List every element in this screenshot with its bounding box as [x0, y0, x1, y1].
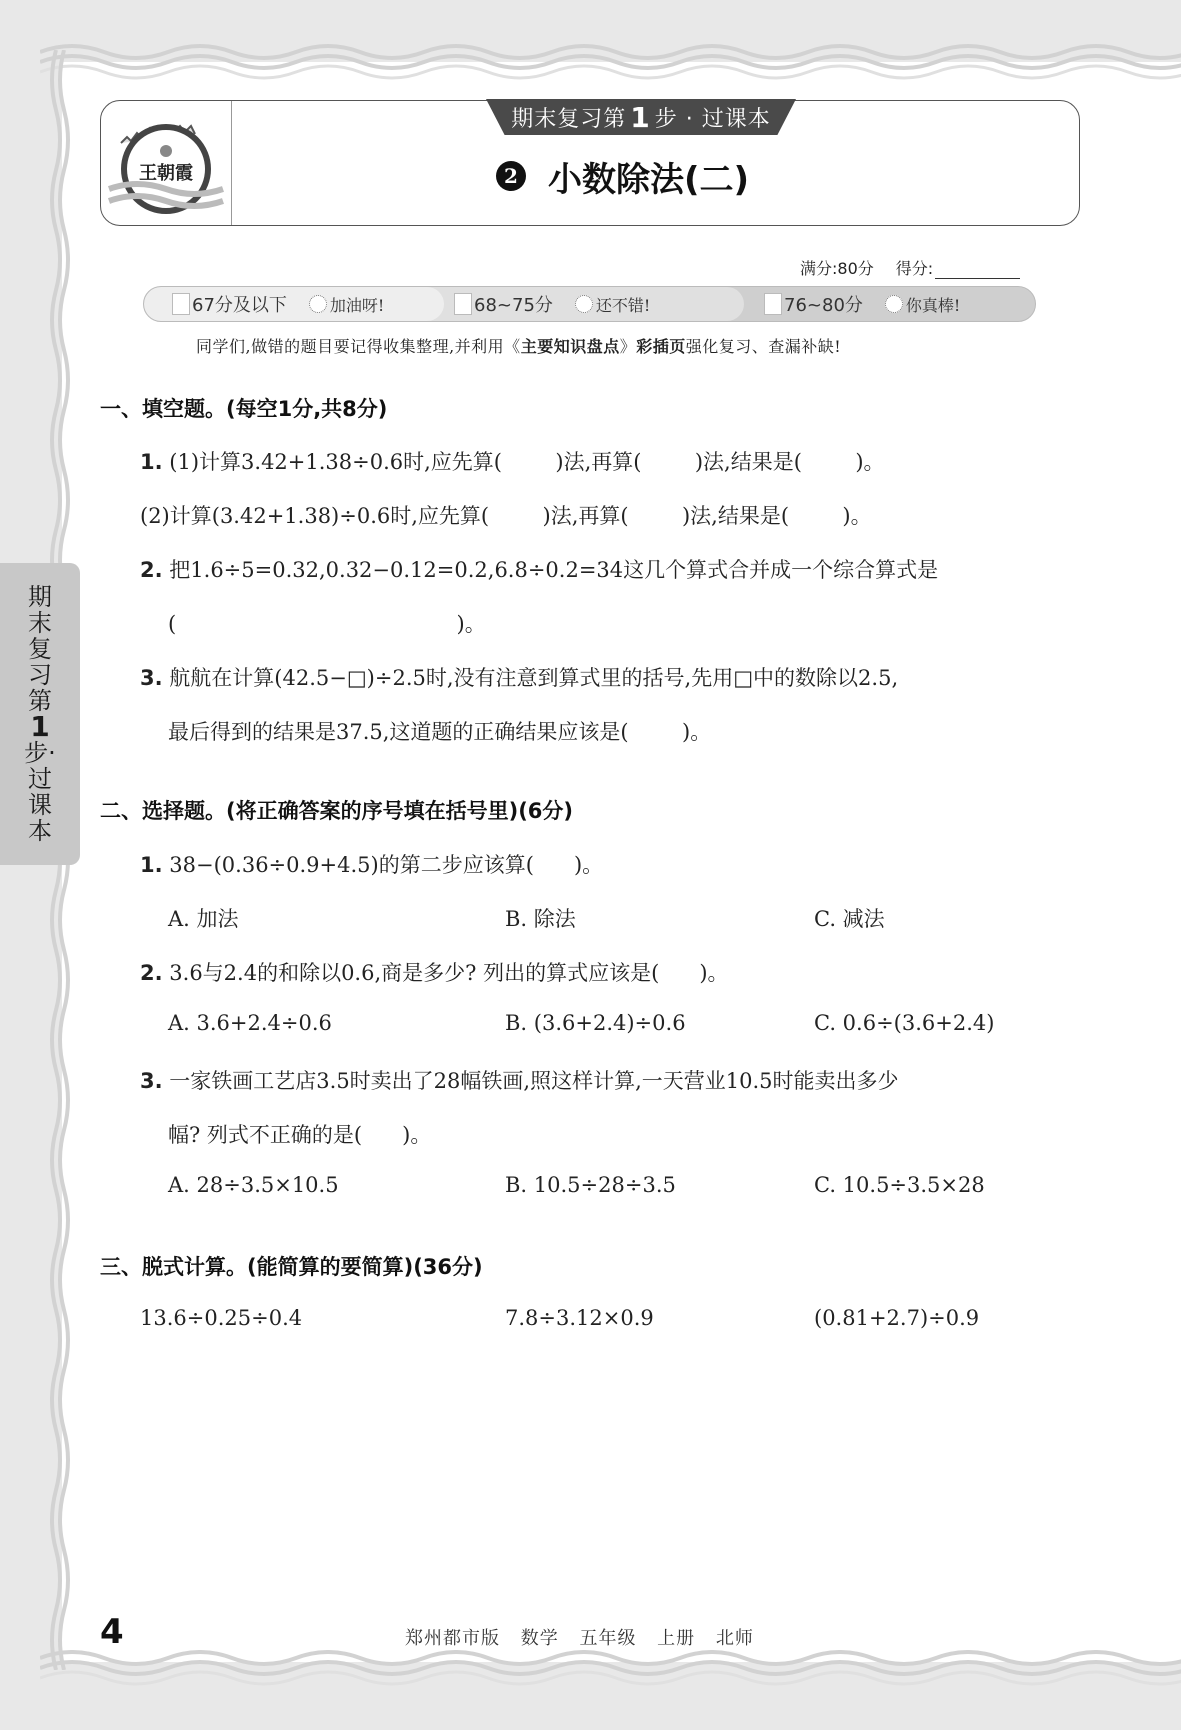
question-number: 2.	[140, 961, 163, 985]
question-number: 2.	[140, 558, 163, 582]
section-title-fill-blank: 一、填空题。(每空1分,共8分)	[100, 393, 387, 423]
question-text: 一家铁画工艺店3.5时卖出了28幅铁画,照这样计算,一天营业10.5时能卖出多少	[169, 1069, 898, 1093]
question-line: 2. 把1.6÷5=0.32,0.32−0.12=0.2,6.8÷0.2=34这…	[140, 554, 938, 584]
choice-option: C. 10.5÷3.5×28	[814, 1173, 985, 1197]
logo-emblem-icon: 王朝霞	[101, 101, 231, 225]
unit-number-badge: 2	[496, 161, 526, 191]
face-icon	[309, 295, 327, 313]
question-text: 航航在计算(42.5−□)÷2.5时,没有注意到算式里的括号,先用□中的数除以2…	[169, 666, 898, 690]
rating-range: 68~75分	[474, 291, 553, 317]
question-text: (2)计算(3.42+1.38)÷0.6时,应先算( )法,再算( )法,结果是…	[140, 504, 872, 528]
choice-option: B. (3.6+2.4)÷0.6	[505, 1011, 686, 1035]
section-title-multiple-choice: 二、选择题。(将正确答案的序号填在括号里)(6分)	[100, 795, 573, 825]
tip-highlight: 主要知识盘点	[521, 337, 620, 356]
rating-checkbox[interactable]	[172, 293, 190, 315]
full-score-label: 满分:80分	[800, 256, 874, 279]
got-score-label: 得分:	[896, 256, 933, 279]
question-text: 38−(0.36÷0.9+4.5)的第二步应该算( )。	[169, 853, 603, 877]
side-tab-char: 习	[28, 662, 52, 688]
choice-option: A. 加法	[168, 903, 239, 933]
choice-option: C. 0.6÷(3.6+2.4)	[814, 1011, 994, 1035]
question-line: 2. 3.6与2.4的和除以0.6,商是多少? 列出的算式应该是( )。	[140, 957, 729, 987]
rating-cheer: 还不错!	[596, 293, 650, 316]
svg-text:王朝霞: 王朝霞	[139, 162, 193, 184]
choice-option: B. 除法	[505, 903, 576, 933]
rating-range: 67分及以下	[192, 291, 287, 317]
rating-option-high[interactable]: 76~80分 你真棒!	[764, 287, 1034, 321]
rating-range: 76~80分	[784, 291, 863, 317]
self-rating-bar: 67分及以下 加油呀! 68~75分 还不错! 76~80分 你真棒!	[143, 286, 1036, 322]
question-text: 幅? 列式不正确的是( )。	[168, 1123, 431, 1147]
question-line: 1. (1)计算3.42+1.38÷0.6时,应先算( )法,再算( )法,结果…	[140, 446, 885, 476]
section-title-calculation: 三、脱式计算。(能简算的要简算)(36分)	[100, 1251, 483, 1281]
question-line: (2)计算(3.42+1.38)÷0.6时,应先算( )法,再算( )法,结果是…	[140, 500, 872, 530]
question-text: 最后得到的结果是37.5,这道题的正确结果应该是( )。	[168, 720, 711, 744]
side-tab-char: 过	[28, 766, 52, 792]
tip-text: 同学们,做错的题目要记得收集整理,并利用《	[196, 337, 521, 356]
rating-checkbox[interactable]	[454, 293, 472, 315]
question-line: 3. 航航在计算(42.5−□)÷2.5时,没有注意到算式里的括号,先用□中的数…	[140, 662, 898, 692]
side-tab-char: 课	[28, 792, 52, 818]
bottom-wave-border	[40, 1650, 1181, 1690]
header-box: 王朝霞 期末复习第 1 步 · 过课本 2 小数除法(二)	[100, 100, 1080, 226]
question-number: 3.	[140, 666, 163, 690]
side-tab-step-number: 1	[30, 714, 49, 740]
rating-cheer: 你真棒!	[906, 293, 960, 316]
question-line: 1. 38−(0.36÷0.9+4.5)的第二步应该算( )。	[140, 849, 603, 879]
unit-title-text: 小数除法(二)	[548, 152, 749, 201]
score-line: 满分:80分 得分:	[800, 256, 1020, 279]
rating-checkbox[interactable]	[764, 293, 782, 315]
ribbon-step-number: 1	[630, 101, 650, 134]
choice-option: A. 3.6+2.4÷0.6	[168, 1011, 332, 1035]
face-icon	[575, 295, 593, 313]
question-line: ( )。	[168, 608, 486, 638]
publisher-logo: 王朝霞	[101, 101, 232, 225]
page-number: 4	[100, 1612, 124, 1652]
rating-cheer: 加油呀!	[330, 293, 384, 316]
side-tab-char: 复	[28, 636, 52, 662]
side-tab-label: 期 末 复 习 第 1 步· 过 课 本	[0, 563, 80, 865]
top-wave-border	[40, 40, 1181, 80]
question-text: (1)计算3.42+1.38÷0.6时,应先算( )法,再算( )法,结果是( …	[169, 450, 884, 474]
question-text: 3.6与2.4的和除以0.6,商是多少? 列出的算式应该是( )。	[169, 961, 728, 985]
choice-option: C. 减法	[814, 903, 885, 933]
series-ribbon: 期末复习第 1 步 · 过课本	[486, 99, 796, 135]
calculation-expression: (0.81+2.7)÷0.9	[814, 1306, 979, 1330]
study-tip: 同学们,做错的题目要记得收集整理,并利用《主要知识盘点》彩插页强化复习、查漏补缺…	[196, 334, 841, 357]
question-line: 最后得到的结果是37.5,这道题的正确结果应该是( )。	[168, 716, 711, 746]
side-tab-char: 本	[28, 818, 52, 844]
side-tab-char: 末	[28, 610, 52, 636]
question-number: 1.	[140, 853, 163, 877]
side-tab-char: 期	[28, 584, 52, 610]
tip-text: 》	[620, 337, 637, 356]
question-text: 把1.6÷5=0.32,0.32−0.12=0.2,6.8÷0.2=34这几个算…	[169, 558, 938, 582]
rating-option-mid[interactable]: 68~75分 还不错!	[404, 287, 744, 321]
unit-title: 2 小数除法(二)	[496, 151, 749, 201]
calculation-expression: 13.6÷0.25÷0.4	[140, 1306, 302, 1330]
choice-option: B. 10.5÷28÷3.5	[505, 1173, 676, 1197]
tip-highlight: 彩插页	[636, 337, 686, 356]
tip-text: 强化复习、查漏补缺!	[686, 337, 841, 356]
ribbon-prefix: 期末复习第	[511, 102, 626, 133]
side-tab-char: 步·	[24, 740, 56, 766]
calculation-expression: 7.8÷3.12×0.9	[505, 1306, 654, 1330]
choice-option: A. 28÷3.5×10.5	[168, 1173, 339, 1197]
question-line: 3. 一家铁画工艺店3.5时卖出了28幅铁画,照这样计算,一天营业10.5时能卖…	[140, 1065, 899, 1095]
rating-option-low[interactable]: 67分及以下 加油呀!	[144, 287, 444, 321]
question-number: 3.	[140, 1069, 163, 1093]
edition-info: 郑州都市版 数学 五年级 上册 北师	[405, 1624, 754, 1650]
question-number: 1.	[140, 450, 163, 474]
score-input-blank[interactable]	[935, 260, 1020, 279]
answer-blank: ( )。	[168, 612, 486, 636]
face-icon	[885, 295, 903, 313]
question-line: 幅? 列式不正确的是( )。	[168, 1119, 431, 1149]
ribbon-suffix: 步 · 过课本	[655, 102, 771, 133]
